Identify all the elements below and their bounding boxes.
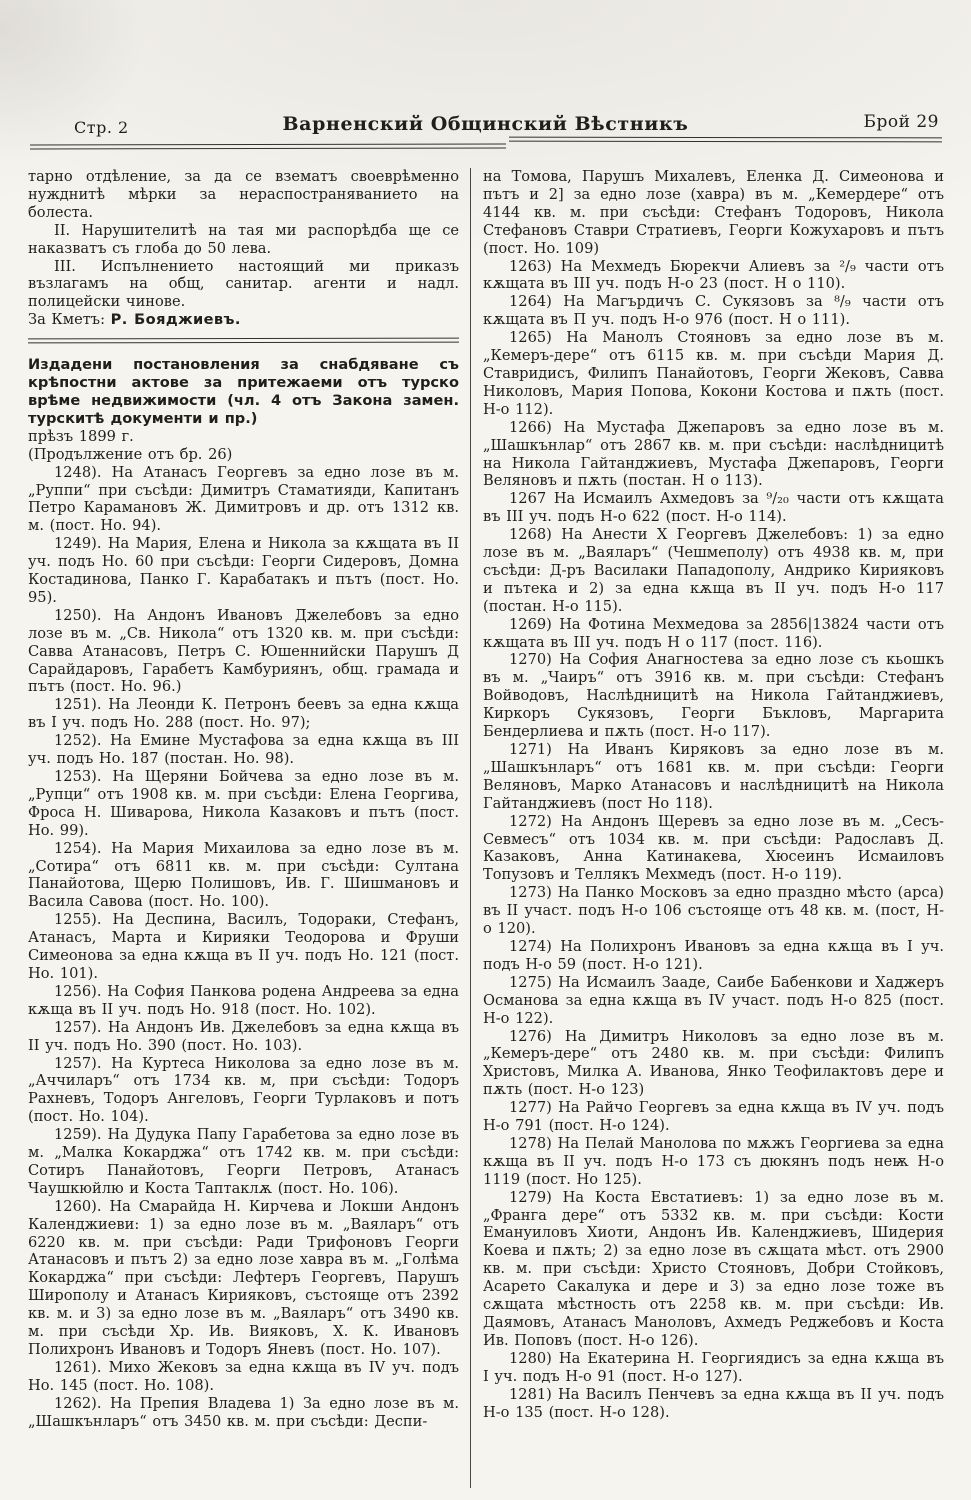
record-item: 1259). На Дудука Папу Гарабетова за едно… [28, 1126, 459, 1198]
record-item: 1277) На Райчо Георгевъ за една кѫща въ … [483, 1099, 944, 1135]
record-item: 1274) На Полихронъ Ивановъ за една кѫща … [483, 938, 944, 974]
newspaper-page: Стр. 2 Варненский Общинский Вѣстникъ Бро… [0, 0, 971, 1500]
record-item: 1281) На Василъ Пенчевъ за една кѫща въ … [483, 1386, 944, 1422]
record-item: 1262). На Препия Владева 1) За едно лозе… [28, 1395, 459, 1431]
ordinance-clauses: II. Нарушителитѣ на тая ми распорѣдба ще… [28, 222, 459, 312]
signature-name: Р. Бояджиевъ. [111, 311, 241, 328]
record-item: 1257). На Андонъ Ив. Джелебовъ за една к… [28, 1019, 459, 1055]
header-rule-left [30, 144, 506, 150]
continuation-note: (Продължение отъ бр. 26) [28, 446, 459, 464]
record-item: 1251). На Леонди К. Петронъ беевъ за едн… [28, 696, 459, 732]
record-item: 1278) На Пелай Манолова по мѫжъ Георгиев… [483, 1135, 944, 1189]
text-columns: тарно отдѣление, за да се взематъ своевр… [28, 168, 944, 1488]
record-item: 1264) На Магърдичъ С. Сукязовъ за ⁸/₉ ча… [483, 293, 944, 329]
record-item: 1268) На Анести Х Георгевъ Джелебовъ: 1)… [483, 526, 944, 616]
record-item: 1269) На Фотина Мехмедова за 2856|13824 … [483, 616, 944, 652]
record-item: 1279) На Коста Евстатиевъ: 1) за едно ло… [483, 1189, 944, 1350]
record-item: 1249). На Мария, Елена и Никола за кѫщат… [28, 535, 459, 607]
mayor-signature: За Кметъ: Р. Бояджиевъ. [28, 311, 459, 329]
record-item: 1260). На Смарайда Н. Кирчева и Локши Ан… [28, 1198, 459, 1359]
record-item: 1270) На София Анагностева за едно лозе … [483, 651, 944, 741]
record-item: 1253). На Щеряни Бойчева за едно лозе въ… [28, 768, 459, 840]
record-item: 1275) На Исмаилъ Зааде, Саибе Бабенкови … [483, 974, 944, 1028]
issue-number: Брой 29 [864, 112, 939, 132]
decree-section-heading: Издадени постановления за снабдяване съ … [28, 356, 459, 428]
record-item: 1248). На Атанасъ Георгевъ за едно лозе … [28, 464, 459, 536]
record-item: 1271) На Иванъ Киряковъ за едно лозе въ … [483, 741, 944, 813]
decree-year: прѣзъ 1899 г. [28, 428, 459, 446]
record-item: 1267 На Исмаилъ Ахмедовъ за ⁹/₂₀ части о… [483, 490, 944, 526]
decree-list-left: 1248). На Атанасъ Георгевъ за едно лозе … [28, 464, 459, 1431]
record-item: 1252). На Емине Мустафова за една кѫща в… [28, 732, 459, 768]
record-item: 1250). На Андонъ Ивановъ Джелебовъ за ед… [28, 607, 459, 697]
record-item: 1263) На Мехмедъ Бюрекчи Алиевъ за ²/₉ ч… [483, 258, 944, 294]
header-rule-right [509, 137, 942, 143]
ordinance-clause: III. Испълнението настоящий ми приказъ в… [28, 258, 459, 312]
record-item: 1266) На Мустафа Джепаровъ за едно лозе … [483, 419, 944, 491]
section-divider-rule [28, 338, 459, 344]
continued-paragraph: тарно отдѣление, за да се взематъ своевр… [28, 168, 459, 222]
record-item: 1276) На Димитръ Николовъ за едно лозе в… [483, 1028, 944, 1100]
record-item: 1261). Михо Жековъ за една кѫща въ IV уч… [28, 1359, 459, 1395]
record-item: 1257). На Куртеса Николова за едно лозе … [28, 1055, 459, 1127]
record-item: 1255). На Деспина, Василъ, Тодораки, Сте… [28, 911, 459, 983]
record-item: 1254). На Мария Михаилова за едно лозе в… [28, 840, 459, 912]
decree-list-right: 1263) На Мехмедъ Бюрекчи Алиевъ за ²/₉ ч… [483, 258, 944, 1422]
right-column: на Томова, Парушъ Михалевъ, Еленка Д. Си… [470, 168, 944, 1488]
record-item: 1265) На Манолъ Стояновъ за едно лозе въ… [483, 329, 944, 419]
record-item: 1256). На София Панкова родена Андреева … [28, 983, 459, 1019]
ordinance-clause: II. Нарушителитѣ на тая ми распорѣдба ще… [28, 222, 459, 258]
signature-label: За Кметъ: [28, 311, 111, 328]
record-item: 1280) На Екатерина Н. Георгиядисъ за едн… [483, 1350, 944, 1386]
masthead-title: Варненский Общинский Вѣстникъ [0, 113, 971, 135]
continued-paragraph: на Томова, Парушъ Михалевъ, Еленка Д. Си… [483, 168, 944, 258]
record-item: 1273) На Панко Московъ за едно праздно м… [483, 884, 944, 938]
left-column: тарно отдѣление, за да се взематъ своевр… [28, 168, 470, 1488]
record-item: 1272) На Андонъ Щеревъ за едно лозе въ м… [483, 813, 944, 885]
